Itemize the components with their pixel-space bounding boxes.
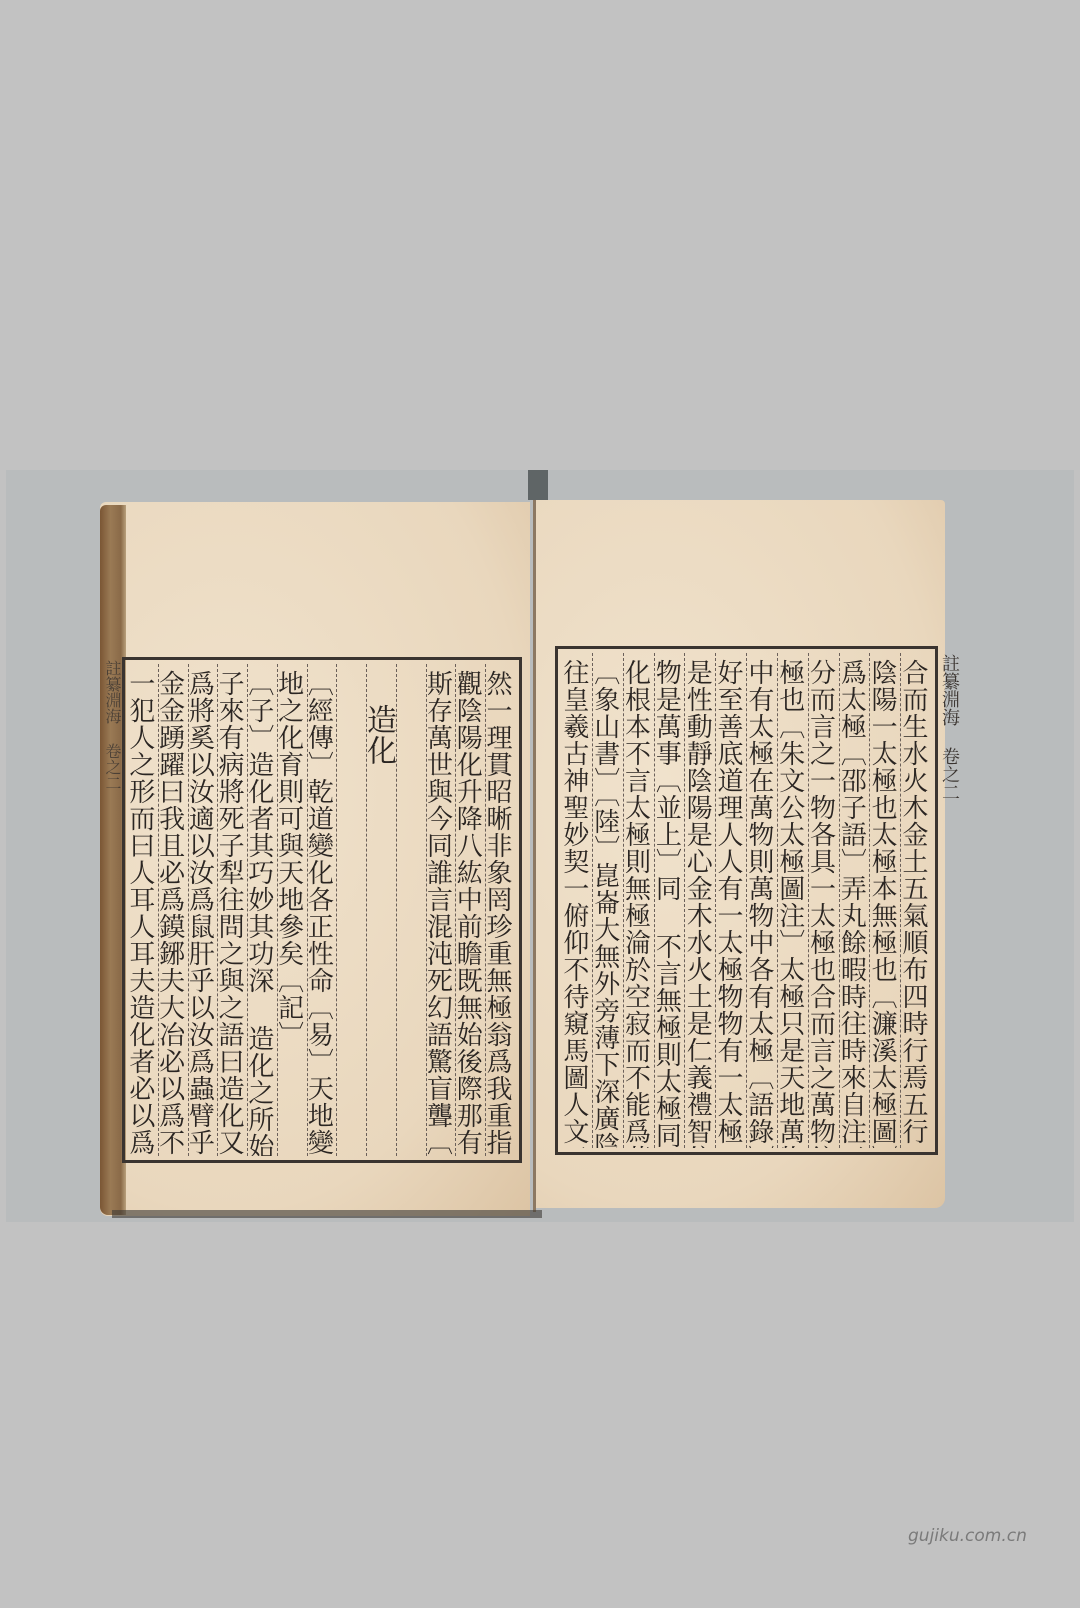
- text-column: 地之化育則可與天地參矣〔記〕: [277, 664, 307, 1156]
- text-column: 爲太極〔邵子語〕弄丸餘暇時往時來自注云丸謂太極〔無名公〕: [839, 653, 870, 1148]
- text-column: 中有太極在萬物則萬物中各有太極〔語錄〕太極只是箇極: [746, 653, 777, 1148]
- blank-column: [336, 664, 366, 1156]
- text-column: 陰陽一太極也太極本無極也〔濂溪太極圖〕道爲太極又曰心: [869, 653, 900, 1148]
- text-column: 〔子〕造化者其巧妙其功深 造化之所始者謂之生〔列〕: [247, 664, 277, 1156]
- right-page-banxin: 註纂淵海 卷之二: [940, 646, 962, 1163]
- section-title: 造化: [366, 664, 396, 1156]
- text-column: 分而言之一物各具一太極也合而言之萬物統體一太: [808, 653, 839, 1148]
- site-watermark: gujiku.com.cn: [908, 1526, 1027, 1546]
- text-column: 斯存萬世與今同誰言混沌死幻語驚盲聾〔同上〕: [426, 664, 456, 1156]
- text-column: 化根本不言太極則無極淪於空寂而不能爲萬化根本: [623, 653, 654, 1148]
- text-column: 金金踴躍曰我且必爲鏌鋣夫大冶必以爲不祥之金今: [158, 664, 188, 1156]
- text-column: 物是萬事〔並上〕同 不言無極則太極同於一物而不足爲萬: [654, 653, 685, 1148]
- left-page-banxin: 註纂淵海 卷之二: [104, 660, 124, 860]
- left-page-text-frame: 然一理貫昭晰非象罔珍重無極翁爲我重指掌〔詩感興〕吾 觀陰陽化升降八紘中前瞻既無始…: [122, 657, 522, 1163]
- blank-column: [396, 664, 426, 1156]
- text-column: 〔象山書〕〔陸〕崑崙大無外旁薄下深廣陰陽無停機寒暑互來: [592, 653, 623, 1148]
- text-column: 〔經傳〕乾道變化各正性命〔易〕天地變化草木蕃〔易〕可以贊天: [307, 664, 337, 1156]
- text-column: 往皇羲古神聖妙契一俯仰不待窺馬圖人文已宣朗渾: [562, 653, 592, 1148]
- text-column: 好至善底道理人人有一太極物物有一太極 太極便: [715, 653, 746, 1148]
- text-column: 子來有病將死子犁往問之與之語曰造化又將奚以汝: [217, 664, 247, 1156]
- book-fold: [533, 500, 536, 1212]
- book-gutter-shadow: [528, 470, 548, 500]
- page-bottom-shadow: [112, 1210, 542, 1218]
- text-column: 然一理貫昭晰非象罔珍重無極翁爲我重指掌〔詩感興〕吾: [485, 664, 515, 1156]
- right-page-text-frame: 合而生水火木金土五氣順布四時行焉五行一陰陽也 陰陽一太極也太極本無極也〔濂溪太極…: [555, 646, 938, 1155]
- text-column: 合而生水火木金土五氣順布四時行焉五行一陰陽也: [900, 653, 931, 1148]
- text-column: 極也〔朱文公太極圖注〕太極只是天地萬物之理在天地則天地: [777, 653, 808, 1148]
- text-column: 爲將奚以汝適以汝爲鼠肝乎以汝爲蟲臂乎 大冶鑄: [188, 664, 218, 1156]
- text-column: 一犯人之形而曰人耳人耳夫造化者必以爲不祥之人: [129, 664, 158, 1156]
- text-column: 觀陰陽化升降八紘中前瞻既無始後際那有終至理諒: [455, 664, 485, 1156]
- text-column: 是性動靜陰陽是心金木水火土是仁義禮智信化生萬: [684, 653, 715, 1148]
